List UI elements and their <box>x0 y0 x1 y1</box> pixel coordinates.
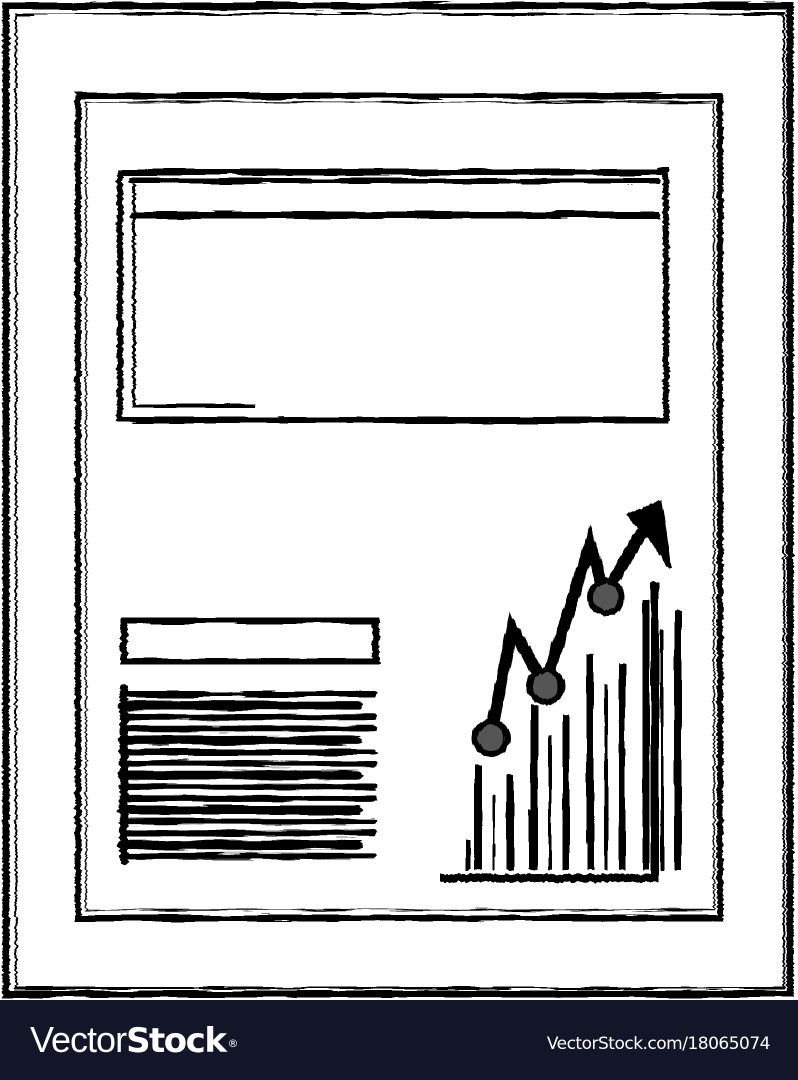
growth-bar-chart <box>440 502 678 878</box>
text-block <box>122 688 374 862</box>
header-image-box <box>120 172 666 420</box>
registered-mark: ® <box>227 1037 237 1050</box>
image-reference: VectorStock.com/18065074 <box>547 1034 770 1054</box>
footer-banner: VectorStock® VectorStock.com/18065074 <box>0 1000 798 1080</box>
text-title-box <box>124 620 376 662</box>
brand-bold: Stock <box>126 1021 225 1061</box>
brand-light: Vector <box>30 1019 126 1060</box>
document-illustration <box>0 0 798 1000</box>
brand-logo[interactable]: VectorStock® <box>30 1020 237 1061</box>
